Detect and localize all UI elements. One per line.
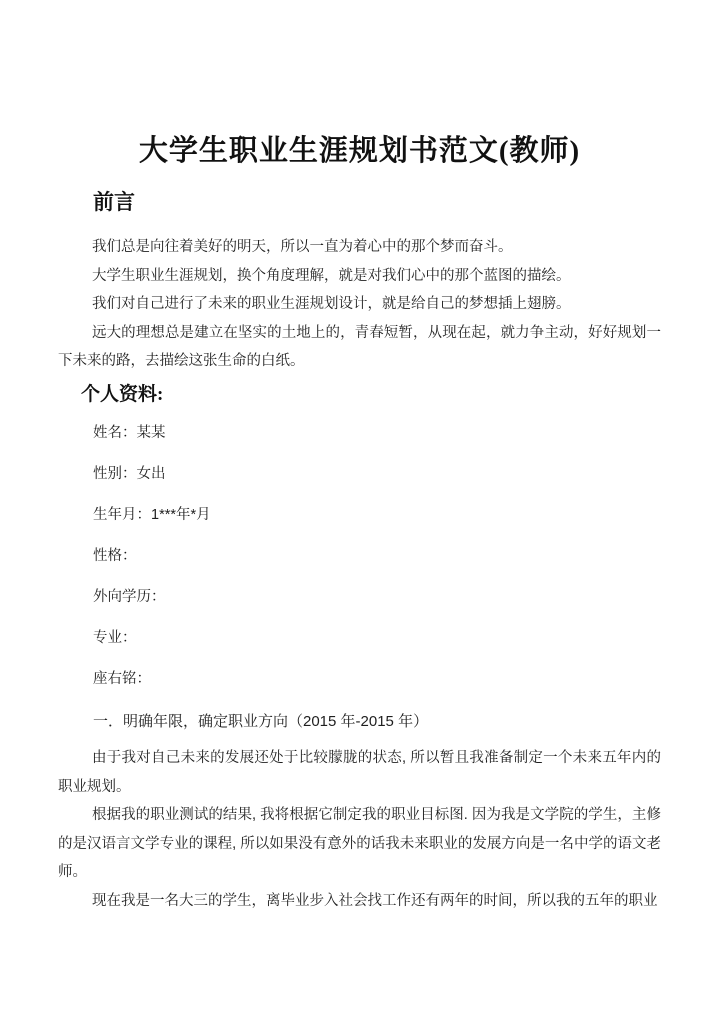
plan-paragraphs: 由于我对自己未来的发展还处于比较朦胧的状态, 所以暂且我准备制定一个未来五年内的… bbox=[58, 744, 661, 915]
personal-info-item-name: 姓名：某某 bbox=[93, 419, 661, 448]
personal-info-list: 姓名：某某 性别：女出 生年月：1***年*月 性格： 外向学历： 专业： 座右… bbox=[58, 419, 661, 694]
personal-info-item-major: 专业： bbox=[93, 624, 661, 653]
preface-paragraph: 大学生职业生涯规划，换个角度理解，就是对我们心中的那个蓝图的描绘。 bbox=[58, 262, 661, 291]
document-page: 大学生职业生涯规划书范文(教师) 前言 我们总是向往着美好的明天，所以一直为着心… bbox=[0, 0, 720, 1017]
personal-info-heading: 个人资料: bbox=[81, 383, 661, 407]
plan-paragraph: 根据我的职业测试的结果, 我将根据它制定我的职业目标图. 因为我是文学院的学生，… bbox=[58, 801, 661, 887]
document-title: 大学生职业生涯规划书范文(教师) bbox=[58, 0, 661, 169]
personal-info-item-birth: 生年月：1***年*月 bbox=[93, 501, 661, 530]
personal-info-item-character: 性格： bbox=[93, 542, 661, 571]
preface-heading: 前言 bbox=[93, 189, 661, 215]
plan-section-heading: 一．明确年限，确定职业方向（2015 年-2015 年） bbox=[93, 708, 661, 737]
personal-info-item-education: 外向学历： bbox=[93, 583, 661, 612]
plan-paragraph: 由于我对自己未来的发展还处于比较朦胧的状态, 所以暂且我准备制定一个未来五年内的… bbox=[58, 744, 661, 801]
personal-info-item-motto: 座右铭： bbox=[93, 665, 661, 694]
personal-info-item-gender: 性别：女出 bbox=[93, 460, 661, 489]
preface-paragraphs: 我们总是向往着美好的明天，所以一直为着心中的那个梦而奋斗。 大学生职业生涯规划，… bbox=[58, 233, 661, 376]
preface-paragraph: 远大的理想总是建立在坚实的土地上的，青春短暂，从现在起，就力争主动，好好规划一下… bbox=[58, 319, 661, 376]
plan-paragraph: 现在我是一名大三的学生，离毕业步入社会找工作还有两年的时间，所以我的五年的职业 bbox=[58, 887, 661, 916]
preface-paragraph: 我们总是向往着美好的明天，所以一直为着心中的那个梦而奋斗。 bbox=[58, 233, 661, 262]
preface-paragraph: 我们对自己进行了未来的职业生涯规划设计，就是给自己的梦想插上翅膀。 bbox=[58, 290, 661, 319]
